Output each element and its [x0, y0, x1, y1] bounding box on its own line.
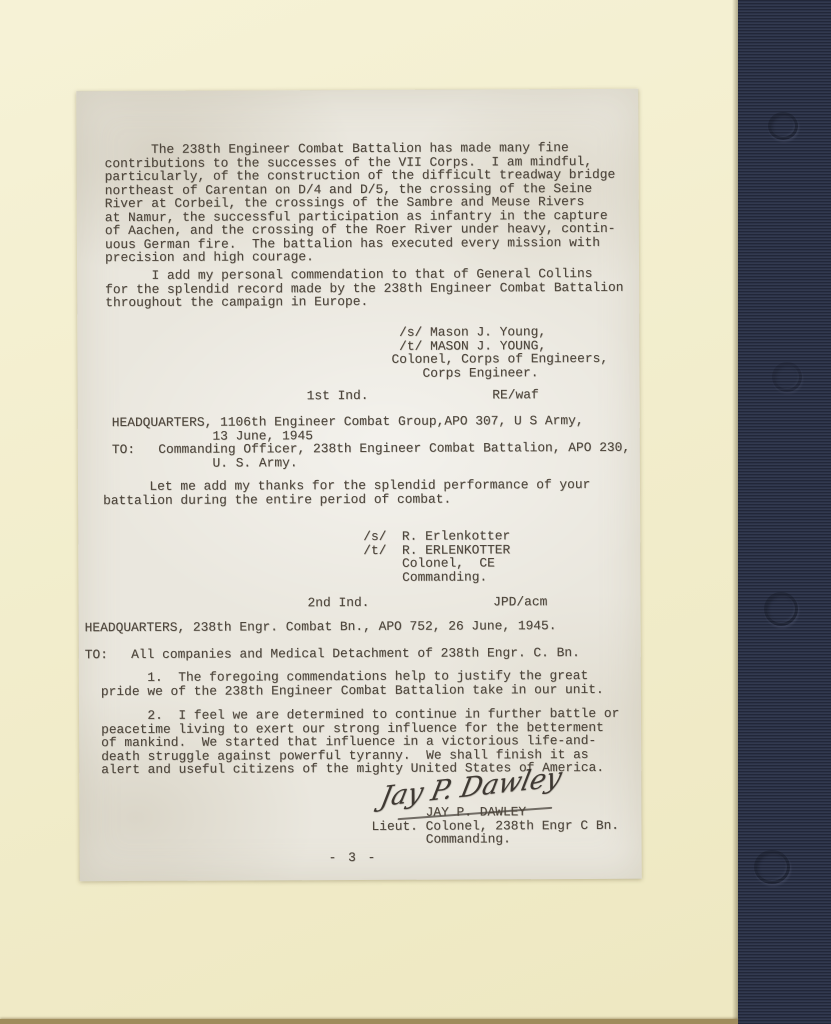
- page-number: - 3 -: [329, 851, 378, 865]
- headquarters-1106-block: HEADQUARTERS, 1106th Engineer Combat Gro…: [112, 414, 631, 470]
- emboss-ring: [768, 112, 798, 140]
- thanks-paragraph: Let me add my thanks for the splendid pe…: [103, 478, 590, 507]
- signature-block-dawley: JAY P. DAWLEY Lieut. Colonel, 238th Engr…: [371, 805, 619, 847]
- emboss-ring: [764, 592, 798, 626]
- signature-block-erlenkotter: /s/ R. Erlenkotter /t/ R. ERLENKOTTER Co…: [363, 529, 510, 584]
- emboss-ring: [754, 850, 790, 884]
- second-indorsement-line: 2nd Ind. JPD/acm: [307, 595, 547, 610]
- album-page: The 238th Engineer Combat Battalion has …: [0, 0, 831, 1024]
- album-bottom-edge: [0, 1019, 738, 1024]
- document-photo: The 238th Engineer Combat Battalion has …: [76, 89, 641, 881]
- pride-paragraph: 1. The foregoing commendations help to j…: [101, 669, 604, 698]
- to-all-companies-line: TO: All companies and Medical Detachment…: [85, 646, 580, 662]
- binding-strip: [738, 0, 831, 1024]
- emboss-ring: [772, 362, 802, 392]
- commendation-paragraph-2: I add my personal commendation to that o…: [105, 267, 623, 310]
- commendation-paragraph-1: The 238th Engineer Combat Battalion has …: [105, 141, 616, 265]
- headquarters-238-line: HEADQUARTERS, 238th Engr. Combat Bn., AP…: [85, 619, 557, 635]
- signature-block-young: /s/ Mason J. Young, /t/ MASON J. YOUNG, …: [391, 325, 608, 380]
- first-indorsement-line: 1st Ind. RE/waf: [307, 388, 539, 403]
